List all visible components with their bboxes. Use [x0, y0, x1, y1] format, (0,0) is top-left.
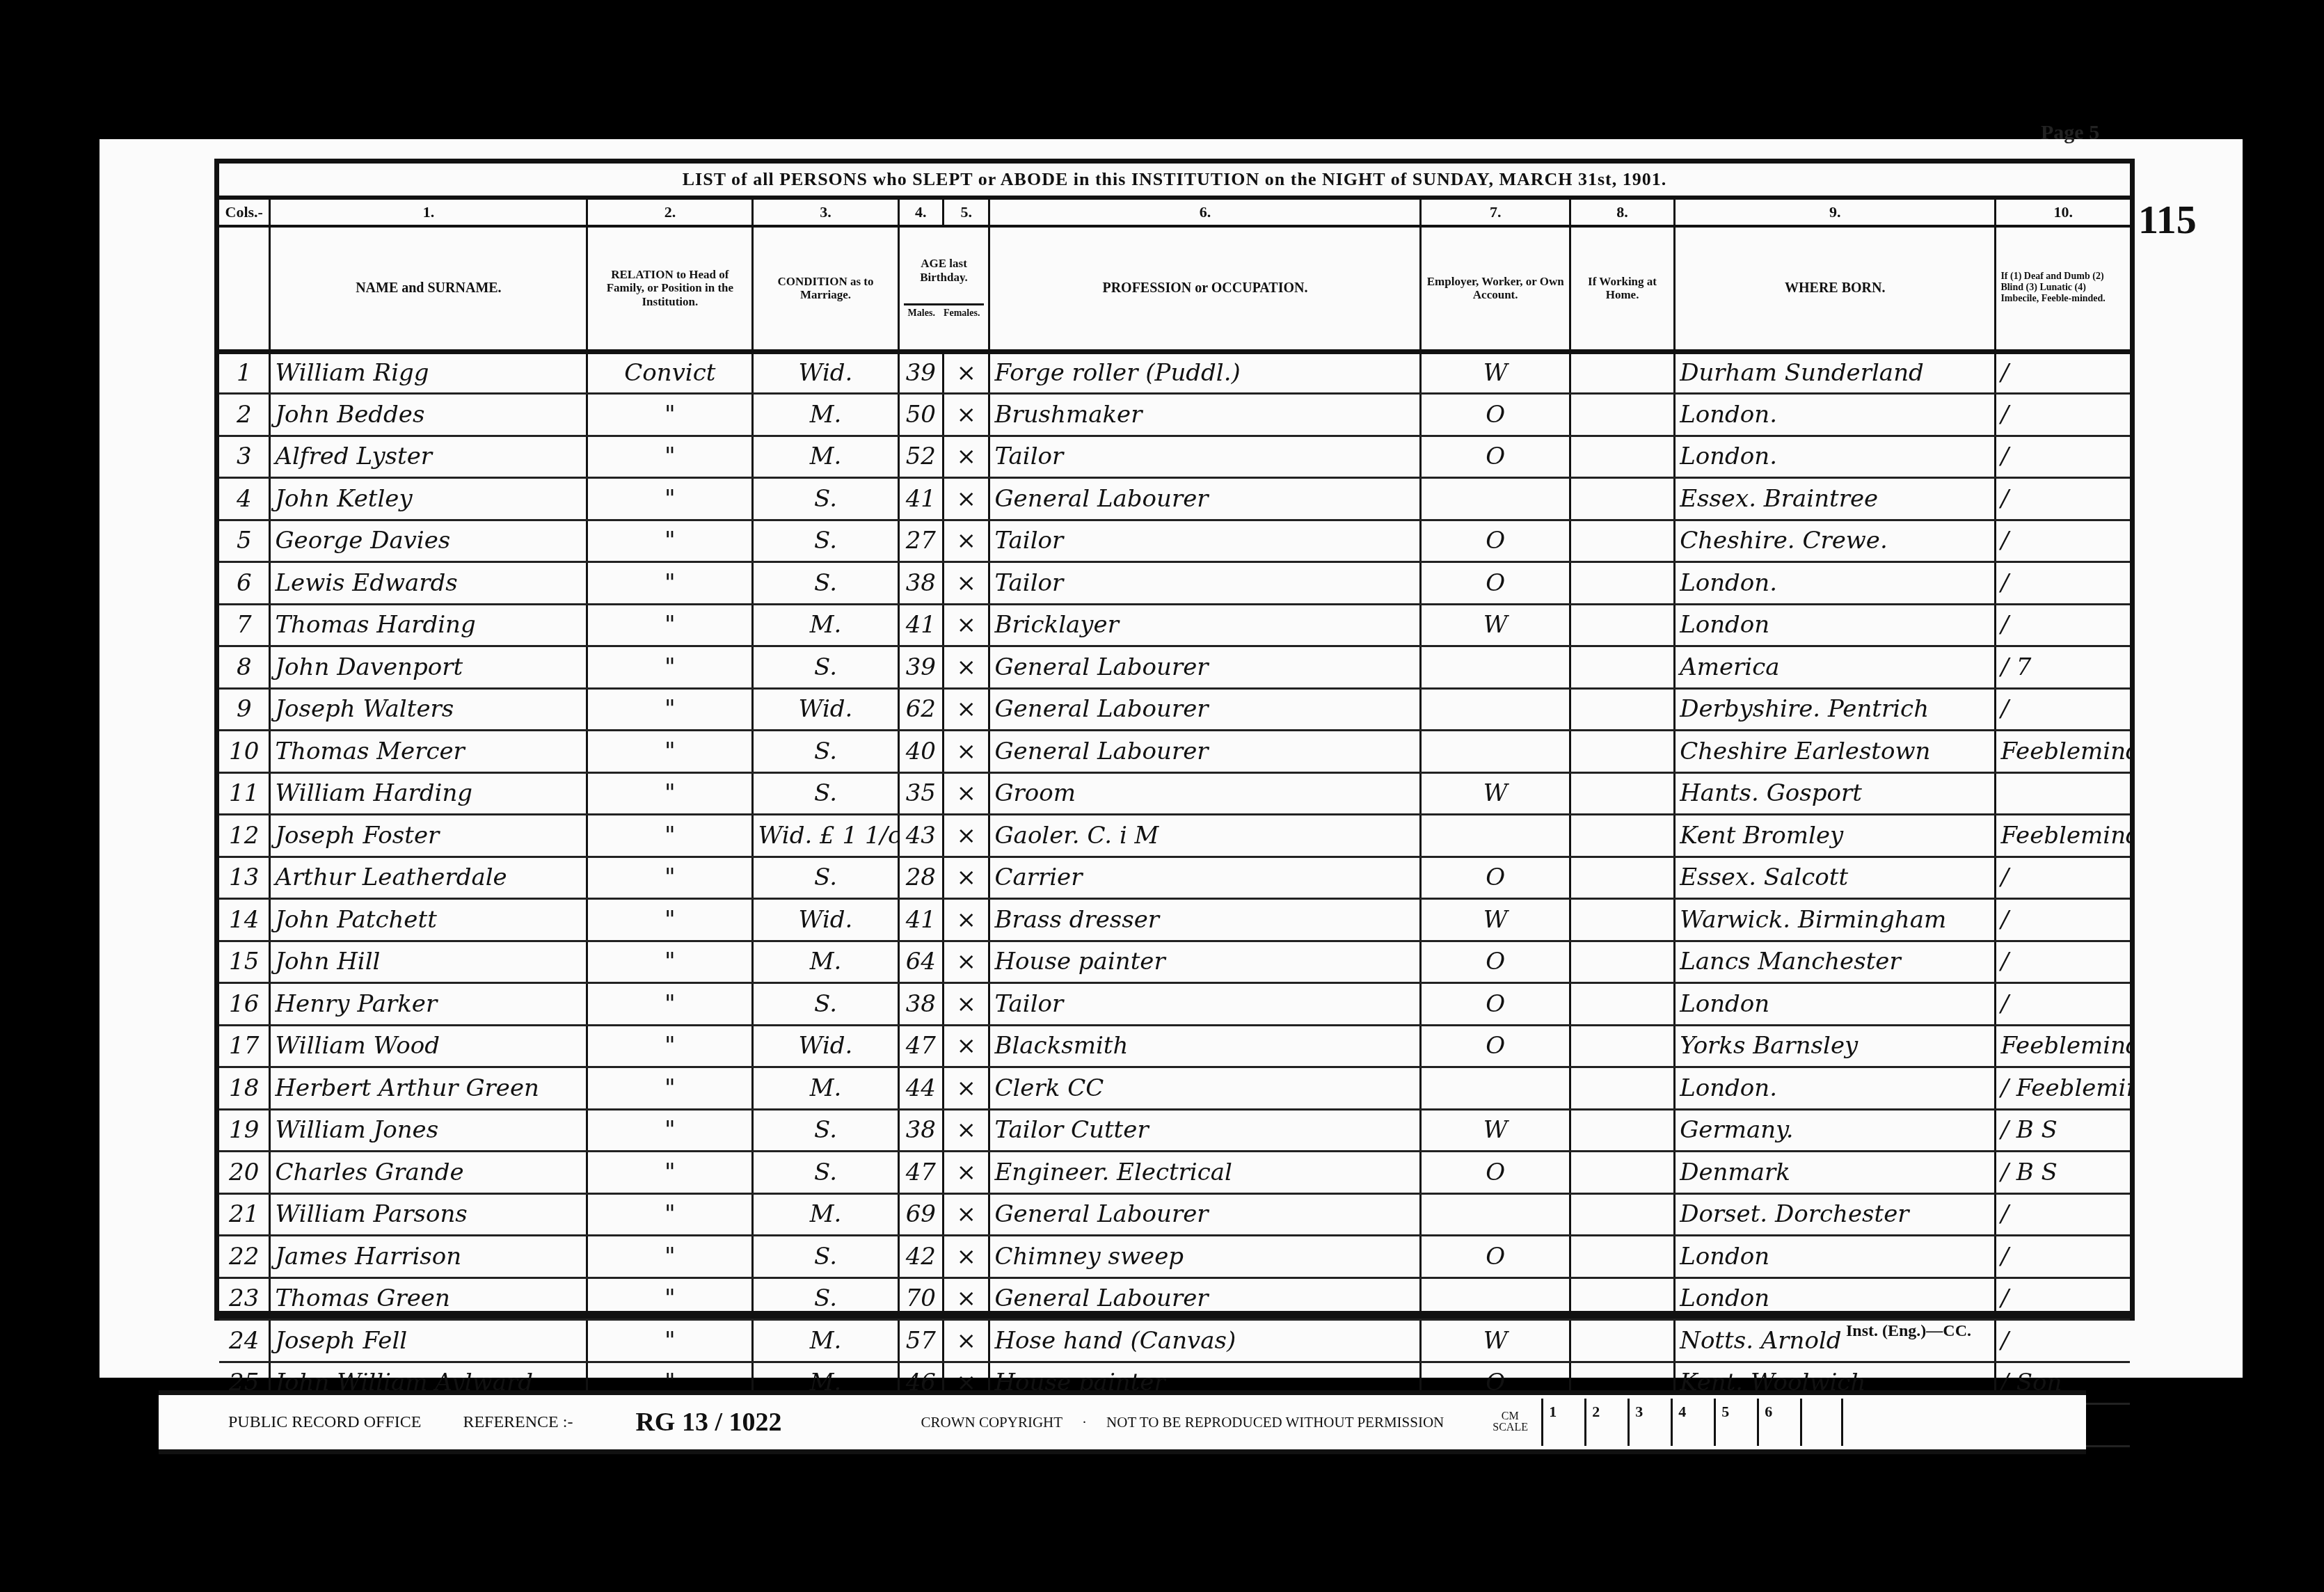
- infirmity-cell: / Feebleminded: [1996, 1067, 2130, 1110]
- age-females: ×: [943, 772, 989, 815]
- infirmity-cell: Feebleminded: [1996, 731, 2130, 773]
- col-number: 8.: [1570, 200, 1674, 226]
- working-home-cell: [1570, 1067, 1674, 1110]
- table-row: 22James Harrison"S.42×Chimney sweepOLond…: [219, 1236, 2130, 1278]
- age-males: 39: [898, 646, 943, 689]
- scale-mark: [1800, 1399, 1843, 1446]
- row-number: 10: [219, 731, 270, 773]
- row-number: 5: [219, 520, 270, 562]
- age-males: 39: [898, 351, 943, 394]
- birthplace-cell: London.: [1675, 1067, 1996, 1110]
- age-males: 35: [898, 772, 943, 815]
- cm-scale-label: CM SCALE: [1493, 1411, 1527, 1433]
- age-females: ×: [943, 351, 989, 394]
- occupation-cell: General Labourer: [989, 478, 1421, 520]
- occupation-cell: Tailor: [989, 983, 1421, 1026]
- person-name: James Harrison: [270, 1236, 587, 1278]
- working-home-cell: [1570, 1109, 1674, 1152]
- relation-cell: ": [587, 436, 753, 478]
- age-females: ×: [943, 815, 989, 857]
- header-blank: [219, 226, 270, 351]
- relation-cell: ": [587, 899, 753, 941]
- condition-cell: S.: [753, 562, 898, 605]
- occupation-cell: Engineer. Electrical: [989, 1152, 1421, 1194]
- employment-cell: [1421, 1193, 1570, 1236]
- birthplace-cell: London.: [1675, 394, 1996, 436]
- employment-cell: [1421, 478, 1570, 520]
- working-home-cell: [1570, 646, 1674, 689]
- age-males: 41: [898, 604, 943, 646]
- table-row: 18Herbert Arthur Green"M.44×Clerk CCLond…: [219, 1067, 2130, 1110]
- table-row: 6Lewis Edwards"S.38×TailorOLondon./: [219, 562, 2130, 605]
- table-row: 13Arthur Leatherdale"S.28×CarrierOEssex.…: [219, 857, 2130, 899]
- relation-cell: ": [587, 520, 753, 562]
- employment-cell: [1421, 731, 1570, 773]
- age-females: ×: [943, 1109, 989, 1152]
- employment-cell: O: [1421, 394, 1570, 436]
- scale-mark: 4: [1671, 1399, 1714, 1446]
- working-home-cell: [1570, 941, 1674, 983]
- table-row: 10Thomas Mercer"S.40×General LabourerChe…: [219, 731, 2130, 773]
- working-home-cell: [1570, 604, 1674, 646]
- relation-cell: ": [587, 1109, 753, 1152]
- condition-cell: M.: [753, 1320, 898, 1362]
- person-name: John Beddes: [270, 394, 587, 436]
- row-number: 23: [219, 1277, 270, 1320]
- occupation-cell: Carrier: [989, 857, 1421, 899]
- condition-cell: S.: [753, 731, 898, 773]
- table-row: 11William Harding"S.35×GroomWHants. Gosp…: [219, 772, 2130, 815]
- col-number: 1.: [270, 200, 587, 226]
- birthplace-cell: London.: [1675, 436, 1996, 478]
- birthplace-cell: Derbyshire. Pentrich: [1675, 688, 1996, 731]
- employment-cell: W: [1421, 604, 1570, 646]
- person-name: William Jones: [270, 1109, 587, 1152]
- table-row: 20Charles Grande"S.47×Engineer. Electric…: [219, 1152, 2130, 1194]
- col-number: 4.: [898, 200, 943, 226]
- condition-cell: M.: [753, 1193, 898, 1236]
- person-name: Joseph Foster: [270, 815, 587, 857]
- age-males: 38: [898, 1109, 943, 1152]
- copyright-label: CROWN COPYRIGHT: [921, 1414, 1062, 1431]
- occupation-cell: Brushmaker: [989, 394, 1421, 436]
- working-home-cell: [1570, 436, 1674, 478]
- age-females: ×: [943, 857, 989, 899]
- person-name: Alfred Lyster: [270, 436, 587, 478]
- col-number: 2.: [587, 200, 753, 226]
- row-number: 7: [219, 604, 270, 646]
- scale-mark: 2: [1584, 1399, 1627, 1446]
- infirmity-cell: /: [1996, 983, 2130, 1026]
- age-males: 27: [898, 520, 943, 562]
- birthplace-cell: Durham Sunderland: [1675, 351, 1996, 394]
- row-number: 24: [219, 1320, 270, 1362]
- infirmity-cell: / 7: [1996, 646, 2130, 689]
- infirmity-cell: /: [1996, 394, 2130, 436]
- row-number: 6: [219, 562, 270, 605]
- header-relation: RELATION to Head of Family, or Position …: [587, 226, 753, 351]
- relation-cell: ": [587, 688, 753, 731]
- working-home-cell: [1570, 1236, 1674, 1278]
- age-females: ×: [943, 1320, 989, 1362]
- infirmity-cell: /: [1996, 351, 2130, 394]
- age-females: ×: [943, 1193, 989, 1236]
- employment-cell: [1421, 815, 1570, 857]
- age-males: 40: [898, 731, 943, 773]
- col-label: Cols.-: [219, 200, 270, 226]
- permission-notice: NOT TO BE REPRODUCED WITHOUT PERMISSION: [1106, 1414, 1444, 1431]
- employment-cell: O: [1421, 520, 1570, 562]
- age-females: ×: [943, 1025, 989, 1067]
- form-title: LIST of all PERSONS who SLEPT or ABODE i…: [219, 164, 2130, 200]
- working-home-cell: [1570, 857, 1674, 899]
- relation-cell: ": [587, 1193, 753, 1236]
- age-males: 42: [898, 1236, 943, 1278]
- occupation-cell: Clerk CC: [989, 1067, 1421, 1110]
- row-number: 17: [219, 1025, 270, 1067]
- age-males: 41: [898, 899, 943, 941]
- scale-mark: 5: [1714, 1399, 1757, 1446]
- header-age-females: Females.: [944, 308, 980, 319]
- scale-mark: 1: [1541, 1399, 1584, 1446]
- birthplace-cell: Cheshire Earlestown: [1675, 731, 1996, 773]
- infirmity-cell: /: [1996, 1277, 2130, 1320]
- birthplace-cell: Kent Bromley: [1675, 815, 1996, 857]
- person-name: George Davies: [270, 520, 587, 562]
- infirmity-cell: /: [1996, 688, 2130, 731]
- relation-cell: Convict: [587, 351, 753, 394]
- table-row: 7Thomas Harding"M.41×BricklayerWLondon/: [219, 604, 2130, 646]
- occupation-cell: Blacksmith: [989, 1025, 1421, 1067]
- age-males: 57: [898, 1320, 943, 1362]
- employment-cell: W: [1421, 1109, 1570, 1152]
- working-home-cell: [1570, 1193, 1674, 1236]
- col-number: 6.: [989, 200, 1421, 226]
- header-age: AGE last Birthday. Males. Females.: [898, 226, 989, 351]
- age-females: ×: [943, 1277, 989, 1320]
- condition-cell: S.: [753, 857, 898, 899]
- occupation-cell: Bricklayer: [989, 604, 1421, 646]
- row-number: 22: [219, 1236, 270, 1278]
- table-row: 5George Davies"S.27×TailorOCheshire. Cre…: [219, 520, 2130, 562]
- condition-cell: S.: [753, 1152, 898, 1194]
- person-name: Joseph Fell: [270, 1320, 587, 1362]
- working-home-cell: [1570, 772, 1674, 815]
- header-condition: CONDITION as to Marriage.: [753, 226, 898, 351]
- relation-cell: ": [587, 1236, 753, 1278]
- relation-cell: ": [587, 394, 753, 436]
- condition-cell: M.: [753, 604, 898, 646]
- occupation-cell: Hose hand (Canvas): [989, 1320, 1421, 1362]
- table-row: 12Joseph Foster"Wid. £ 1 1/c43×Gaoler. C…: [219, 815, 2130, 857]
- person-name: John Davenport: [270, 646, 587, 689]
- age-males: 43: [898, 815, 943, 857]
- person-name: Herbert Arthur Green: [270, 1067, 587, 1110]
- condition-cell: Wid. £ 1 1/c: [753, 815, 898, 857]
- occupation-cell: General Labourer: [989, 1193, 1421, 1236]
- record-office-label: PUBLIC RECORD OFFICE: [228, 1413, 421, 1432]
- person-name: Charles Grande: [270, 1152, 587, 1194]
- row-number: 2: [219, 394, 270, 436]
- working-home-cell: [1570, 520, 1674, 562]
- row-number: 19: [219, 1109, 270, 1152]
- working-home-cell: [1570, 351, 1674, 394]
- table-row: 16Henry Parker"S.38×TailorOLondon/: [219, 983, 2130, 1026]
- cm-scale: 1 2 3 4 5 6: [1541, 1399, 1843, 1446]
- row-number: 21: [219, 1193, 270, 1236]
- age-females: ×: [943, 941, 989, 983]
- relation-cell: ": [587, 731, 753, 773]
- employment-cell: W: [1421, 899, 1570, 941]
- header-working-home: If Working at Home.: [1570, 226, 1674, 351]
- infirmity-cell: /: [1996, 478, 2130, 520]
- row-number: 8: [219, 646, 270, 689]
- reference-number: RG 13 / 1022: [635, 1407, 781, 1438]
- infirmity-cell: /: [1996, 604, 2130, 646]
- birthplace-cell: Cheshire. Crewe.: [1675, 520, 1996, 562]
- birthplace-cell: London.: [1675, 562, 1996, 605]
- row-number: 18: [219, 1067, 270, 1110]
- birthplace-cell: Yorks Barnsley: [1675, 1025, 1996, 1067]
- scale-mark: 6: [1757, 1399, 1800, 1446]
- employment-cell: O: [1421, 436, 1570, 478]
- form-code: Inst. (Eng.)—CC.: [1846, 1322, 1971, 1341]
- row-number: 12: [219, 815, 270, 857]
- row-number: 16: [219, 983, 270, 1026]
- infirmity-cell: /: [1996, 562, 2130, 605]
- person-name: Joseph Walters: [270, 688, 587, 731]
- row-number: 14: [219, 899, 270, 941]
- infirmity-cell: /: [1996, 1193, 2130, 1236]
- header-employment: Employer, Worker, or Own Account.: [1421, 226, 1570, 351]
- relation-cell: ": [587, 983, 753, 1026]
- row-number: 4: [219, 478, 270, 520]
- row-number: 3: [219, 436, 270, 478]
- person-name: John Ketley: [270, 478, 587, 520]
- header-age-label: AGE last Birthday.: [904, 257, 985, 284]
- occupation-cell: General Labourer: [989, 1277, 1421, 1320]
- relation-cell: ": [587, 815, 753, 857]
- header-row: NAME and SURNAME. RELATION to Head of Fa…: [219, 226, 2130, 351]
- col-number: 10.: [1996, 200, 2130, 226]
- age-males: 47: [898, 1025, 943, 1067]
- age-males: 41: [898, 478, 943, 520]
- employment-cell: O: [1421, 941, 1570, 983]
- occupation-cell: Chimney sweep: [989, 1236, 1421, 1278]
- page-label: Page 5: [2041, 121, 2099, 145]
- column-number-row: Cols.- 1. 2. 3. 4. 5. 6. 7. 8. 9. 10.: [219, 200, 2130, 226]
- employment-cell: W: [1421, 772, 1570, 815]
- person-name: Thomas Harding: [270, 604, 587, 646]
- birthplace-cell: Germany.: [1675, 1109, 1996, 1152]
- relation-cell: ": [587, 604, 753, 646]
- age-females: ×: [943, 562, 989, 605]
- age-females: ×: [943, 478, 989, 520]
- age-females: ×: [943, 646, 989, 689]
- birthplace-cell: Lancs Manchester: [1675, 941, 1996, 983]
- header-infirmity: If (1) Deaf and Dumb (2) Blind (3) Lunat…: [1996, 226, 2130, 351]
- person-name: Lewis Edwards: [270, 562, 587, 605]
- header-occupation: PROFESSION or OCCUPATION.: [989, 226, 1421, 351]
- infirmity-cell: /: [1996, 520, 2130, 562]
- working-home-cell: [1570, 688, 1674, 731]
- employment-cell: W: [1421, 1320, 1570, 1362]
- age-females: ×: [943, 983, 989, 1026]
- working-home-cell: [1570, 394, 1674, 436]
- row-number: 20: [219, 1152, 270, 1194]
- folio-number: 115: [2138, 196, 2197, 243]
- table-row: 15John Hill"M.64×House painterOLancs Man…: [219, 941, 2130, 983]
- working-home-cell: [1570, 1277, 1674, 1320]
- birthplace-cell: Dorset. Dorchester: [1675, 1193, 1996, 1236]
- col-number: 7.: [1421, 200, 1570, 226]
- employment-cell: [1421, 1067, 1570, 1110]
- table-row: 8John Davenport"S.39×General LabourerAme…: [219, 646, 2130, 689]
- person-name: William Harding: [270, 772, 587, 815]
- table-row: 9Joseph Walters"Wid.62×General LabourerD…: [219, 688, 2130, 731]
- archive-footer: PUBLIC RECORD OFFICE REFERENCE :- RG 13 …: [159, 1390, 2086, 1454]
- infirmity-cell: /: [1996, 1320, 2130, 1362]
- occupation-cell: General Labourer: [989, 688, 1421, 731]
- employment-cell: O: [1421, 1025, 1570, 1067]
- table-row: 1William RiggConvictWid.39×Forge roller …: [219, 351, 2130, 394]
- occupation-cell: Tailor: [989, 436, 1421, 478]
- employment-cell: O: [1421, 983, 1570, 1026]
- employment-cell: O: [1421, 562, 1570, 605]
- age-males: 70: [898, 1277, 943, 1320]
- age-females: ×: [943, 731, 989, 773]
- working-home-cell: [1570, 1152, 1674, 1194]
- condition-cell: Wid.: [753, 351, 898, 394]
- occupation-cell: Tailor: [989, 520, 1421, 562]
- age-males: 47: [898, 1152, 943, 1194]
- employment-cell: O: [1421, 1152, 1570, 1194]
- infirmity-cell: / B S: [1996, 1152, 2130, 1194]
- age-males: 28: [898, 857, 943, 899]
- table-row: 24Joseph Fell"M.57×Hose hand (Canvas)WNo…: [219, 1320, 2130, 1362]
- birthplace-cell: America: [1675, 646, 1996, 689]
- condition-cell: S.: [753, 1277, 898, 1320]
- relation-cell: ": [587, 1277, 753, 1320]
- row-number: 15: [219, 941, 270, 983]
- working-home-cell: [1570, 815, 1674, 857]
- working-home-cell: [1570, 1320, 1674, 1362]
- age-males: 44: [898, 1067, 943, 1110]
- condition-cell: M.: [753, 436, 898, 478]
- col-number: 3.: [753, 200, 898, 226]
- person-name: William Rigg: [270, 351, 587, 394]
- condition-cell: Wid.: [753, 899, 898, 941]
- condition-cell: S.: [753, 1236, 898, 1278]
- age-females: ×: [943, 899, 989, 941]
- row-number: 1: [219, 351, 270, 394]
- infirmity-cell: /: [1996, 899, 2130, 941]
- reference-label: REFERENCE :-: [463, 1413, 573, 1432]
- age-females: ×: [943, 604, 989, 646]
- table-row: 14John Patchett"Wid.41×Brass dresserWWar…: [219, 899, 2130, 941]
- occupation-cell: Forge roller (Puddl.): [989, 351, 1421, 394]
- relation-cell: ": [587, 941, 753, 983]
- person-name: William Parsons: [270, 1193, 587, 1236]
- age-females: ×: [943, 1152, 989, 1194]
- birthplace-cell: Denmark: [1675, 1152, 1996, 1194]
- condition-cell: M.: [753, 394, 898, 436]
- separator: ·: [1082, 1414, 1087, 1431]
- census-form: LIST of all PERSONS who SLEPT or ABODE i…: [214, 159, 2135, 1321]
- header-where-born: WHERE BORN.: [1675, 226, 1996, 351]
- header-name: NAME and SURNAME.: [270, 226, 587, 351]
- table-row: 23Thomas Green"S.70×General LabourerLond…: [219, 1277, 2130, 1320]
- row-number: 9: [219, 688, 270, 731]
- relation-cell: ": [587, 1025, 753, 1067]
- working-home-cell: [1570, 1025, 1674, 1067]
- table-row: 19William Jones"S.38×Tailor CutterWGerma…: [219, 1109, 2130, 1152]
- condition-cell: Wid.: [753, 688, 898, 731]
- relation-cell: ": [587, 478, 753, 520]
- infirmity-cell: [1996, 772, 2130, 815]
- employment-cell: [1421, 646, 1570, 689]
- occupation-cell: Gaoler. C. i M: [989, 815, 1421, 857]
- relation-cell: ": [587, 646, 753, 689]
- occupation-cell: House painter: [989, 941, 1421, 983]
- birthplace-cell: London: [1675, 983, 1996, 1026]
- birthplace-cell: Essex. Salcott: [1675, 857, 1996, 899]
- age-males: 64: [898, 941, 943, 983]
- birthplace-cell: Warwick. Birmingham: [1675, 899, 1996, 941]
- birthplace-cell: London: [1675, 604, 1996, 646]
- working-home-cell: [1570, 983, 1674, 1026]
- person-name: Thomas Green: [270, 1277, 587, 1320]
- scale-mark: 3: [1627, 1399, 1671, 1446]
- birthplace-cell: London: [1675, 1236, 1996, 1278]
- relation-cell: ": [587, 1067, 753, 1110]
- age-males: 38: [898, 562, 943, 605]
- age-males: 38: [898, 983, 943, 1026]
- working-home-cell: [1570, 731, 1674, 773]
- age-males: 50: [898, 394, 943, 436]
- row-number: 13: [219, 857, 270, 899]
- condition-cell: S.: [753, 478, 898, 520]
- condition-cell: M.: [753, 941, 898, 983]
- table-row: 2John Beddes"M.50×BrushmakerOLondon./: [219, 394, 2130, 436]
- col-number: 9.: [1675, 200, 1996, 226]
- birthplace-cell: Essex. Braintree: [1675, 478, 1996, 520]
- occupation-cell: General Labourer: [989, 731, 1421, 773]
- birthplace-cell: London: [1675, 1277, 1996, 1320]
- working-home-cell: [1570, 899, 1674, 941]
- employment-cell: W: [1421, 351, 1570, 394]
- row-number: 11: [219, 772, 270, 815]
- person-name: John Patchett: [270, 899, 587, 941]
- condition-cell: M.: [753, 1067, 898, 1110]
- infirmity-cell: Feebleminded: [1996, 815, 2130, 857]
- age-females: ×: [943, 688, 989, 731]
- employment-cell: [1421, 1277, 1570, 1320]
- person-name: Henry Parker: [270, 983, 587, 1026]
- condition-cell: S.: [753, 646, 898, 689]
- age-males: 62: [898, 688, 943, 731]
- occupation-cell: General Labourer: [989, 646, 1421, 689]
- header-age-males: Males.: [908, 308, 935, 319]
- age-females: ×: [943, 394, 989, 436]
- infirmity-cell: /: [1996, 436, 2130, 478]
- working-home-cell: [1570, 478, 1674, 520]
- infirmity-cell: / B S: [1996, 1109, 2130, 1152]
- table-row: 17William Wood"Wid.47×BlacksmithOYorks B…: [219, 1025, 2130, 1067]
- person-name: Thomas Mercer: [270, 731, 587, 773]
- table-row: 21William Parsons"M.69×General LabourerD…: [219, 1193, 2130, 1236]
- relation-cell: ": [587, 772, 753, 815]
